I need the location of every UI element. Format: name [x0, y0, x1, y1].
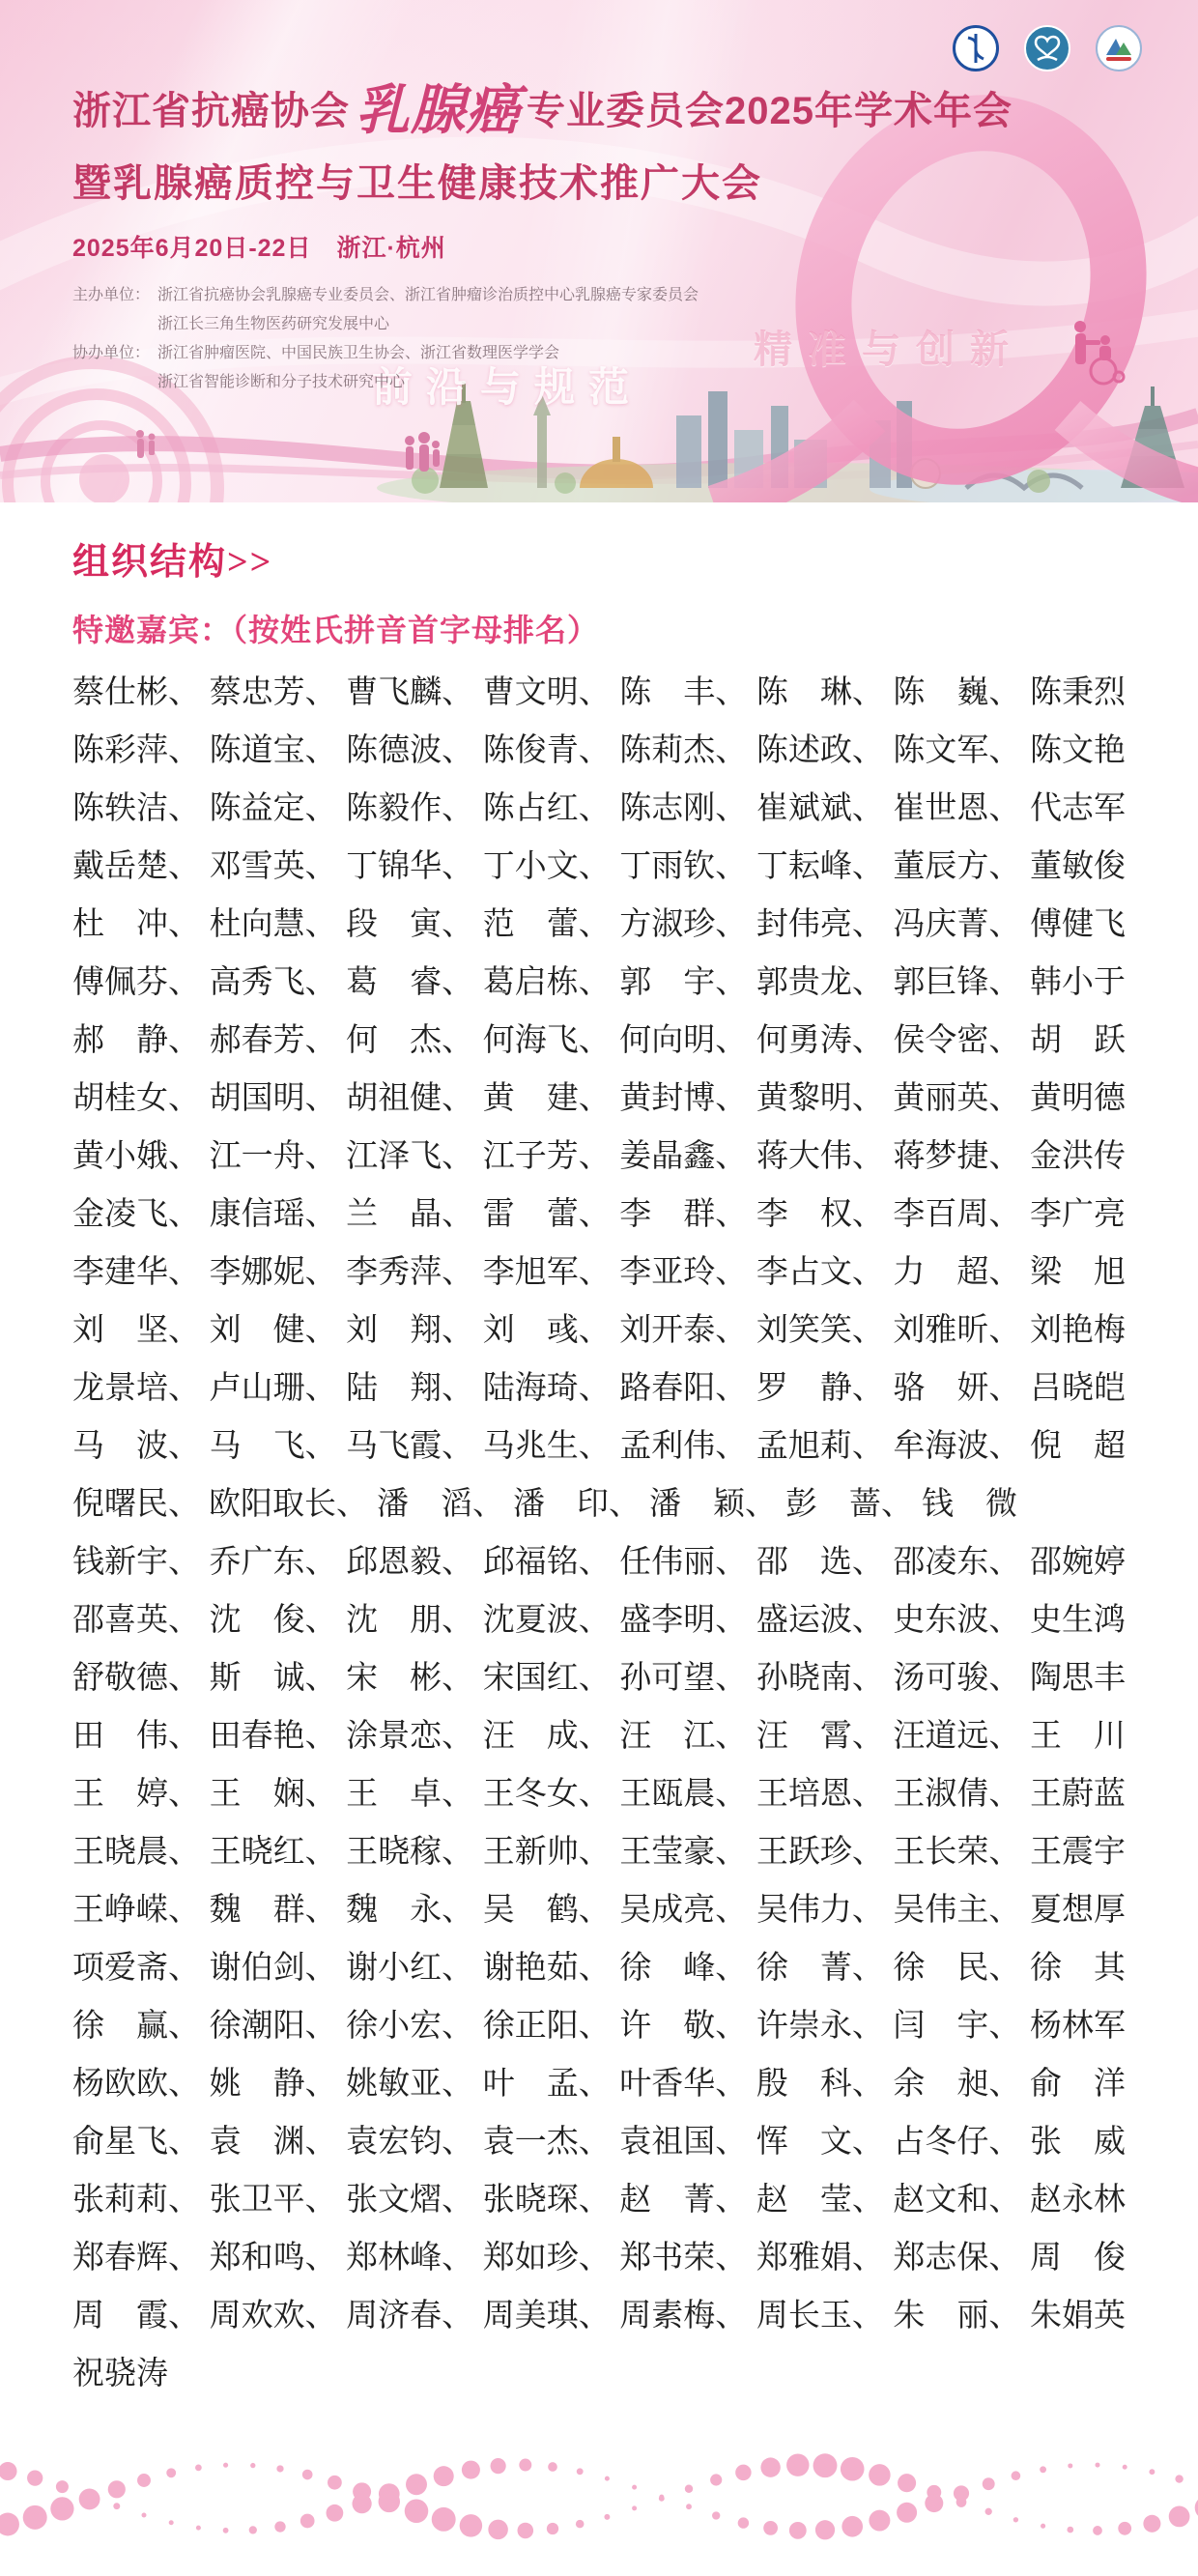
guest-line: 张莉莉、张卫平、张文熠、张晓琛、赵 菁、赵 莹、赵文和、赵永林	[72, 2167, 1126, 2225]
guest-name: 倪 超	[1030, 1420, 1126, 1466]
anti-cancer-association-logo	[953, 25, 999, 72]
guest-name: 陈文军、	[893, 725, 1020, 770]
guest-line: 邵喜英、沈 俊、沈 朋、沈夏波、盛李明、盛运波、史东波、史生鸿	[72, 1588, 1126, 1646]
guest-name: 范 蕾、	[483, 899, 611, 944]
guest-name: 刘 彧、	[483, 1304, 611, 1350]
event-title-line2: 暨乳腺癌质控与卫生健康技术推广大会	[72, 153, 1013, 208]
footer-dot	[353, 2494, 372, 2513]
guest-line: 蔡仕彬、蔡忠芳、曹飞麟、曹文明、陈 丰、陈 琳、陈 巍、陈秉烈	[72, 660, 1126, 718]
guest-name: 钱 微	[922, 1478, 1017, 1524]
guest-name: 陈志刚、	[619, 783, 747, 828]
guest-name: 何勇涛、	[756, 1015, 884, 1060]
guest-name: 倪曙民、	[72, 1478, 200, 1524]
guest-line: 黄小娥、江一舟、江泽飞、江子芳、姜晶鑫、蒋大伟、蒋梦捷、金洪传	[72, 1124, 1126, 1182]
guest-name: 段 寅、	[346, 899, 473, 944]
invited-guests-subheading: 特邀嘉宾：（按姓氏拼音首字母排名）	[72, 606, 1198, 650]
guest-name: 戴岳楚、	[72, 841, 200, 886]
title-calligraphy: 乳腺癌	[356, 81, 521, 141]
guest-line: 田 伟、田春艳、涂景恋、汪 成、汪 江、汪 霄、汪道远、王 川	[72, 1703, 1126, 1761]
guest-name: 徐 其	[1030, 1942, 1126, 1988]
footer-dots-svg	[0, 2420, 1198, 2576]
footer-dot	[223, 2463, 228, 2468]
guest-name: 丁雨钦、	[619, 841, 747, 886]
guest-name: 胡祖健、	[346, 1073, 473, 1118]
guest-line: 傅佩芬、高秀飞、葛 睿、葛启栋、郭 宇、郭贵龙、郭巨锋、韩小于	[72, 950, 1126, 1008]
guest-name: 冯庆菁、	[893, 899, 1020, 944]
footer-dot	[1096, 2463, 1100, 2468]
guest-name: 王晓红、	[210, 1826, 337, 1872]
guest-name: 黄 建、	[483, 1073, 611, 1118]
guest-name: 傅健飞	[1030, 899, 1126, 944]
guest-name: 陈莉杰、	[619, 725, 747, 770]
guest-name: 谢小红、	[346, 1942, 473, 1988]
guest-name: 陆 翔、	[346, 1362, 473, 1408]
footer-dot	[1067, 2527, 1073, 2533]
guest-name: 田春艳、	[210, 1710, 337, 1756]
footer-dot	[518, 2523, 534, 2539]
guest-name: 恽 文、	[756, 2116, 884, 2161]
footer-dot	[1041, 2524, 1045, 2529]
guest-name: 周欢欢、	[210, 2290, 337, 2335]
guest-line: 周 霞、周欢欢、周济春、周美琪、周素梅、周长玉、朱 丽、朱娟英	[72, 2283, 1126, 2341]
guest-name: 赵文和、	[893, 2174, 1020, 2219]
guest-name: 钱新宇、	[72, 1536, 200, 1582]
guest-name: 何 杰、	[346, 1015, 473, 1060]
guest-name: 张晓琛、	[483, 2174, 611, 2219]
footer-dot	[983, 2477, 995, 2490]
guest-name: 李建华、	[72, 1246, 200, 1292]
footer-dot	[56, 2480, 69, 2493]
guest-name: 崔斌斌、	[756, 783, 884, 828]
guest-name: 郝春芳、	[210, 1015, 337, 1060]
guest-name: 周 霞、	[72, 2290, 200, 2335]
guest-name: 陈俊青、	[483, 725, 611, 770]
hosts-label: 主办单位：	[72, 281, 157, 310]
guest-name: 宋 彬、	[346, 1652, 473, 1698]
guest-name: 王瓯晨、	[619, 1768, 747, 1814]
footer-dot	[659, 2495, 664, 2500]
guest-name: 彭 蔷、	[785, 1478, 913, 1524]
footer-dot	[869, 2464, 890, 2485]
guest-name: 陈毅作、	[346, 783, 473, 828]
guest-name: 汪道远、	[893, 1710, 1020, 1756]
guest-line: 王晓晨、王晓红、王晓稼、王新帅、王莹豪、王跃珍、王长荣、王震宇	[72, 1819, 1126, 1877]
footer-dot	[760, 2457, 780, 2476]
guest-name: 吴伟主、	[893, 1884, 1020, 1930]
guest-name: 邵凌东、	[893, 1536, 1020, 1582]
guest-name: 徐 赢、	[72, 2000, 200, 2046]
guest-name: 王长荣、	[893, 1826, 1020, 1872]
guest-name: 力 超、	[893, 1246, 1020, 1292]
title-prefix: 浙江省抗癌协会	[72, 90, 350, 132]
guest-name: 许 敬、	[619, 2000, 747, 2046]
guest-name: 马兆生、	[483, 1420, 611, 1466]
footer-dot	[735, 2465, 751, 2480]
footer-dot	[434, 2466, 454, 2486]
footer-dot	[1143, 2515, 1160, 2533]
guest-name: 杨林军	[1030, 2000, 1126, 2046]
footer-dot	[686, 2504, 692, 2509]
guest-name: 王 娴、	[210, 1768, 337, 1814]
guest-line: 李建华、李娜妮、李秀萍、李旭军、李亚玲、李占文、力 超、梁 旭	[72, 1240, 1126, 1298]
host-row-2: 浙江长三角生物医药研究发展中心	[72, 310, 1013, 339]
guest-name: 李 权、	[756, 1188, 884, 1234]
guest-name: 刘 翔、	[346, 1304, 473, 1350]
guest-name: 崔世恩、	[893, 783, 1020, 828]
guest-name: 邵喜英、	[72, 1594, 200, 1640]
guest-name: 项爱斋、	[72, 1942, 200, 1988]
hosts-line-1: 浙江省抗癌协会乳腺癌专业委员会、浙江省肿瘤诊治质控中心乳腺癌专家委员会	[157, 281, 699, 310]
guest-name: 周素梅、	[619, 2290, 747, 2335]
footer-dot	[276, 2465, 283, 2472]
guest-name: 代志军	[1030, 783, 1126, 828]
footer-dot	[577, 2468, 584, 2475]
footer-dot	[274, 2521, 285, 2532]
footer-dot	[300, 2514, 315, 2529]
guest-name: 王冬女、	[483, 1768, 611, 1814]
guest-name: 陈秉烈	[1030, 667, 1126, 712]
guest-name: 郑林峰、	[346, 2232, 473, 2277]
guest-name: 赵永林	[1030, 2174, 1126, 2219]
footer-dot	[137, 2474, 151, 2487]
footer-dot	[548, 2462, 557, 2472]
research-center-logo	[1096, 25, 1142, 72]
guest-name: 邓雪英、	[210, 841, 337, 886]
guest-name: 刘艳梅	[1030, 1304, 1126, 1350]
guest-line: 俞星飞、袁 渊、袁宏钧、袁一杰、袁祖国、恽 文、占冬仔、张 威	[72, 2109, 1126, 2167]
guest-name: 李秀萍、	[346, 1246, 473, 1292]
guest-name: 赵 菁、	[619, 2174, 747, 2219]
footer-dot	[898, 2474, 916, 2492]
guest-name: 吴伟力、	[756, 1884, 884, 1930]
guest-line: 戴岳楚、邓雪英、丁锦华、丁小文、丁雨钦、丁耘峰、董辰方、董敏俊	[72, 834, 1126, 892]
guest-name: 丁耘峰、	[756, 841, 884, 886]
footer-dot	[815, 2520, 835, 2539]
guest-name: 黄丽英、	[893, 1073, 1020, 1118]
footer-dot	[0, 2513, 19, 2536]
guest-line: 马 波、马 飞、马飞霞、马兆生、孟利伟、孟旭莉、牟海波、倪 超	[72, 1414, 1126, 1472]
footer-dot	[462, 2461, 480, 2479]
guest-name: 王晓稼、	[346, 1826, 473, 1872]
guest-name: 朱娟英	[1030, 2290, 1126, 2335]
footer-dot	[196, 2526, 201, 2531]
footer-dot	[604, 2514, 610, 2520]
guest-name: 葛启栋、	[483, 957, 611, 1002]
footer-dot	[685, 2485, 693, 2493]
footer-dot	[1068, 2463, 1072, 2468]
footer-dot	[1149, 2469, 1155, 2475]
guest-line: 陈彩萍、陈道宝、陈德波、陈俊青、陈莉杰、陈述政、陈文军、陈文艳	[72, 718, 1126, 776]
guest-name: 俞星飞、	[72, 2116, 200, 2161]
guest-name: 蒋梦捷、	[893, 1131, 1020, 1176]
footer-dot	[328, 2476, 342, 2490]
guest-name: 郑和鸣、	[210, 2232, 337, 2277]
event-banner: 精准与创新 前沿与规范 浙江省抗癌协会乳腺癌专业委员会2025年学术年	[0, 0, 1198, 502]
guest-line: 刘 坚、刘 健、刘 翔、刘 彧、刘开泰、刘笑笑、刘雅昕、刘艳梅	[72, 1298, 1126, 1356]
guest-name: 汪 江、	[619, 1710, 747, 1756]
guest-name: 朱 丽、	[893, 2290, 1020, 2335]
guest-name: 李亚玲、	[619, 1246, 747, 1292]
guest-line: 钱新宇、乔广东、邱恩毅、邱福铭、任伟丽、邵 选、邵凌东、邵婉婷	[72, 1530, 1126, 1588]
guest-name: 方淑珍、	[619, 899, 747, 944]
guest-name: 卢山珊、	[210, 1362, 337, 1408]
footer-dot	[490, 2458, 505, 2474]
guest-name: 孙可望、	[619, 1652, 747, 1698]
footer-dot	[1169, 2506, 1190, 2528]
footer-dot	[519, 2459, 531, 2472]
guest-name: 郑春辉、	[72, 2232, 200, 2277]
footer-dot	[547, 2523, 558, 2534]
event-title-line1: 浙江省抗癌协会乳腺癌专业委员会2025年学术年会	[72, 68, 1013, 145]
guest-line: 胡桂女、胡国明、胡祖健、黄 建、黄封博、黄黎明、黄丽英、黄明德	[72, 1066, 1126, 1124]
guest-name: 龙景培、	[72, 1362, 200, 1408]
footer-dot	[27, 2471, 43, 2486]
footer-dot	[1123, 2465, 1127, 2470]
guest-name: 汪 霄、	[756, 1710, 884, 1756]
guest-name: 骆 妍、	[893, 1362, 1020, 1408]
guest-name: 王莹豪、	[619, 1826, 747, 1872]
footer-dot	[169, 2520, 174, 2525]
guest-name: 王震宇	[1030, 1826, 1126, 1872]
guest-name: 徐潮阳、	[210, 2000, 337, 2046]
footer-dot	[763, 2521, 778, 2535]
footer-dot	[985, 2508, 992, 2515]
guest-name: 陈益定、	[210, 783, 337, 828]
guest-name: 董辰方、	[893, 841, 1020, 886]
guest-name: 史东波、	[893, 1594, 1020, 1640]
guest-name: 宋国红、	[483, 1652, 611, 1698]
guest-name: 汪 成、	[483, 1710, 611, 1756]
health-association-logo	[1024, 25, 1070, 72]
co-host-row-2: 浙江省智能诊断和分子技术研究中心	[72, 368, 1013, 397]
guest-name: 孙晓南、	[756, 1652, 884, 1698]
guest-name: 谢艳茹、	[483, 1942, 611, 1988]
guest-line: 陈轶洁、陈益定、陈毅作、陈占红、陈志刚、崔斌斌、崔世恩、代志军	[72, 776, 1126, 834]
guest-name: 徐 峰、	[619, 1942, 747, 1988]
guest-name: 魏 永、	[346, 1884, 473, 1930]
guest-name: 余 昶、	[893, 2058, 1020, 2104]
guest-name: 盛运波、	[756, 1594, 884, 1640]
guest-line: 杨欧欧、姚 静、姚敏亚、叶 孟、叶香华、殷 科、余 昶、俞 洋	[72, 2051, 1126, 2109]
footer-dot	[712, 2511, 720, 2519]
guest-name: 邱恩毅、	[346, 1536, 473, 1582]
guest-name: 江一舟、	[210, 1131, 337, 1176]
footer-dot	[710, 2474, 722, 2485]
guest-name: 盛李明、	[619, 1594, 747, 1640]
guest-name: 陈德波、	[346, 725, 473, 770]
guest-name: 徐 民、	[893, 1942, 1020, 1988]
guest-name: 刘雅昕、	[893, 1304, 1020, 1350]
guest-name: 郭 宇、	[619, 957, 747, 1002]
guest-name: 何海飞、	[483, 1015, 611, 1060]
guest-name: 郭巨锋、	[893, 957, 1020, 1002]
guest-name: 姚 静、	[210, 2058, 337, 2104]
guest-line: 徐 赢、徐潮阳、徐小宏、徐正阳、许 敬、许崇永、闫 宇、杨林军	[72, 1993, 1126, 2051]
guest-name: 陈 琳、	[756, 667, 884, 712]
footer-dot	[142, 2513, 147, 2518]
footer-dot	[488, 2520, 508, 2540]
footer-dot	[1093, 2526, 1102, 2535]
guest-name: 陈述政、	[756, 725, 884, 770]
guest-name: 梁 旭	[1030, 1246, 1126, 1292]
footer-dot	[841, 2457, 865, 2481]
footer-dot	[166, 2468, 176, 2477]
guest-name: 魏 群、	[210, 1884, 337, 1930]
guest-name: 许崇永、	[756, 2000, 884, 2046]
co-hosts-line-1: 浙江省肿瘤医院、中国民族卫生协会、浙江省数理医学学会	[157, 339, 559, 368]
guest-name: 孟旭莉、	[756, 1420, 884, 1466]
guest-name: 汤可骏、	[893, 1652, 1020, 1698]
guest-name: 张莉莉、	[72, 2174, 200, 2219]
guest-name: 牟海波、	[893, 1420, 1020, 1466]
guest-name: 田 伟、	[72, 1710, 200, 1756]
guest-name: 傅佩芬、	[72, 957, 200, 1002]
guest-name: 吴 鹤、	[483, 1884, 611, 1930]
guest-name: 陈 丰、	[619, 667, 747, 712]
guest-name: 陶思丰	[1030, 1652, 1126, 1698]
guest-name: 董敏俊	[1030, 841, 1126, 886]
footer-dot	[249, 2526, 257, 2533]
guest-name: 陈文艳	[1030, 725, 1126, 770]
footer-dot	[605, 2476, 610, 2481]
guest-name: 陈占红、	[483, 783, 611, 828]
guest-name: 占冬仔、	[893, 2116, 1020, 2161]
co-host-row-1: 协办单位： 浙江省肿瘤医院、中国民族卫生协会、浙江省数理医学学会	[72, 339, 1013, 368]
guest-name: 袁宏钧、	[346, 2116, 473, 2161]
footer-dot	[576, 2520, 585, 2529]
guest-name: 姜晶鑫、	[619, 1131, 747, 1176]
footer-dot	[897, 2503, 917, 2523]
guest-name: 雷 蕾、	[483, 1188, 611, 1234]
family-silhouette	[405, 432, 440, 472]
guest-name: 马 波、	[72, 1420, 200, 1466]
guest-name: 王蔚蓝	[1030, 1768, 1126, 1814]
guest-line: 项爱斋、谢伯剑、谢小红、谢艳茹、徐 峰、徐 菁、徐 民、徐 其	[72, 1935, 1126, 1993]
guest-name: 邵婉婷	[1030, 1536, 1126, 1582]
footer-dot	[302, 2470, 313, 2480]
footer-dot	[405, 2499, 429, 2523]
guest-name: 郝 静、	[72, 1015, 200, 1060]
logo-row	[953, 25, 1142, 72]
guest-name: 刘 坚、	[72, 1304, 200, 1350]
guest-name: 涂景恋、	[346, 1710, 473, 1756]
guest-name: 王 川	[1030, 1710, 1126, 1756]
guest-name: 蔡仕彬、	[72, 667, 200, 712]
guest-name: 吴成亮、	[619, 1884, 747, 1930]
guest-list: 蔡仕彬、蔡忠芳、曹飞麟、曹文明、陈 丰、陈 琳、陈 巍、陈秉烈陈彩萍、陈道宝、陈…	[72, 660, 1126, 2399]
guest-name: 王晓晨、	[72, 1826, 200, 1872]
guest-name: 邵 选、	[756, 1536, 884, 1582]
footer-dot	[113, 2503, 120, 2509]
guest-name: 殷 科、	[756, 2058, 884, 2104]
guest-name: 丁锦华、	[346, 841, 473, 886]
guest-name: 曹飞麟、	[346, 667, 473, 712]
footer-dot	[327, 2504, 344, 2522]
guest-name: 谢伯剑、	[210, 1942, 337, 1988]
footer-dot	[925, 2494, 943, 2512]
guest-name: 王跃珍、	[756, 1826, 884, 1872]
guest-name: 沈 朋、	[346, 1594, 473, 1640]
guest-name: 袁 渊、	[210, 2116, 337, 2161]
host-row-1: 主办单位： 浙江省抗癌协会乳腺癌专业委员会、浙江省肿瘤诊治质控中心乳腺癌专家委员…	[72, 281, 1013, 310]
guest-name: 路春阳、	[619, 1362, 747, 1408]
guest-name: 王淑倩、	[893, 1768, 1020, 1814]
guest-name: 王峥嵘、	[72, 1884, 200, 1930]
guest-name: 斯 诚、	[210, 1652, 337, 1698]
guest-name: 刘 健、	[210, 1304, 337, 1350]
guest-name: 郑志保、	[893, 2232, 1020, 2277]
guest-name: 陈彩萍、	[72, 725, 200, 770]
guest-name: 黄黎明、	[756, 1073, 884, 1118]
guest-name: 马飞霞、	[346, 1420, 473, 1466]
guest-name: 李 群、	[619, 1188, 747, 1234]
hosts-line-2: 浙江长三角生物医药研究发展中心	[157, 310, 389, 339]
guest-name: 黄封博、	[619, 1073, 747, 1118]
guest-name: 徐正阳、	[483, 2000, 611, 2046]
guest-name: 袁祖国、	[619, 2116, 747, 2161]
guest-name: 徐 菁、	[756, 1942, 884, 1988]
footer-dot	[738, 2517, 749, 2528]
guest-name: 曹文明、	[483, 667, 611, 712]
footer-dot	[1118, 2522, 1131, 2535]
footer-dot	[1175, 2475, 1183, 2482]
footer-dot	[1013, 2517, 1018, 2522]
footer-dot	[223, 2528, 229, 2533]
footer-dot	[50, 2497, 73, 2520]
guest-name: 金凌飞、	[72, 1188, 200, 1234]
guest-name: 江泽飞、	[346, 1131, 473, 1176]
guest-line: 祝骁涛	[72, 2341, 1126, 2399]
guest-name: 史生鸿	[1030, 1594, 1126, 1640]
footer-dot	[108, 2480, 126, 2498]
guest-line: 郑春辉、郑和鸣、郑林峰、郑如珍、郑书荣、郑雅娟、郑志保、周 俊	[72, 2225, 1126, 2283]
guest-name: 刘开泰、	[619, 1304, 747, 1350]
co-hosts-label: 协办单位：	[72, 339, 157, 368]
guest-name: 陈道宝、	[210, 725, 337, 770]
guest-line: 倪曙民、欧阳取长、潘 滔、潘 印、潘 颖、彭 蔷、钱 微	[72, 1472, 1126, 1530]
guest-line: 郝 静、郝春芳、何 杰、何海飞、何向明、何勇涛、侯令密、胡 跃	[72, 1008, 1126, 1066]
guest-name: 马 飞、	[210, 1420, 337, 1466]
guest-name: 胡 跃	[1030, 1015, 1126, 1060]
guest-name: 祝骁涛	[72, 2348, 168, 2393]
guest-name: 杜向慧、	[210, 899, 337, 944]
guest-name: 沈夏波、	[483, 1594, 611, 1640]
guest-name: 王 婷、	[72, 1768, 200, 1814]
footer-dot	[869, 2510, 890, 2532]
guest-name: 吕晓皑	[1030, 1362, 1126, 1408]
footer-dot	[632, 2505, 637, 2510]
title-suffix: 专业委员会2025年学术年会	[527, 90, 1013, 132]
guest-line: 金凌飞、康信瑶、兰 晶、雷 蕾、李 群、李 权、李百周、李广亮	[72, 1182, 1126, 1240]
guest-name: 潘 颖、	[649, 1478, 777, 1524]
footer-dot	[841, 2516, 863, 2537]
guest-name: 何向明、	[619, 1015, 747, 1060]
guest-name: 兰 晶、	[346, 1188, 473, 1234]
guest-name: 陆海琦、	[483, 1362, 611, 1408]
guest-name: 叶 孟、	[483, 2058, 611, 2104]
guest-name: 周济春、	[346, 2290, 473, 2335]
guest-name: 蒋大伟、	[756, 1131, 884, 1176]
guest-name: 高秀飞、	[210, 957, 337, 1002]
guest-name: 潘 印、	[513, 1478, 641, 1524]
guest-name: 侯令密、	[893, 1015, 1020, 1060]
guest-name: 徐小宏、	[346, 2000, 473, 2046]
guest-name: 袁一杰、	[483, 2116, 611, 2161]
footer-dot	[632, 2485, 637, 2490]
guest-name: 李旭军、	[483, 1246, 611, 1292]
guest-name: 叶香华、	[619, 2058, 747, 2104]
guest-name: 俞 洋	[1030, 2058, 1126, 2104]
